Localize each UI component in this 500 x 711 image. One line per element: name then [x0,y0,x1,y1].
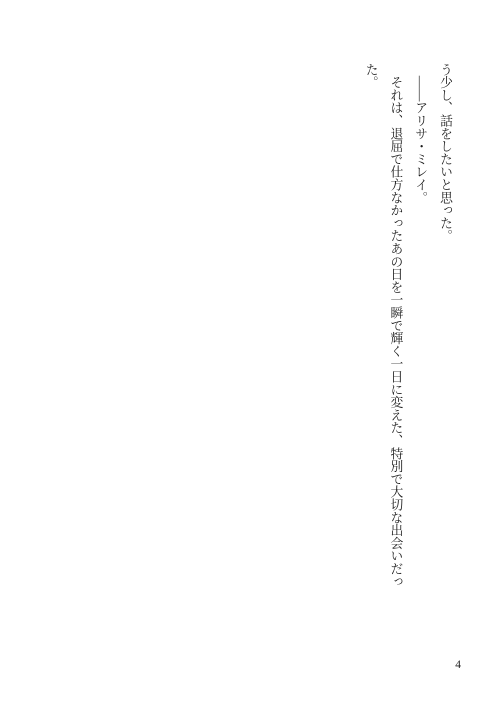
book-page: う少し、話をしたいと思った。 ――アリサ・ミレイ。 それは、退屈で仕方なかったあ… [0,0,500,711]
paragraph-attribution: ――アリサ・ミレイ。 [407,63,432,604]
body-text-block: う少し、話をしたいと思った。 ――アリサ・ミレイ。 それは、退屈で仕方なかったあ… [358,63,457,604]
paragraph-continuation: う少し、話をしたいと思った。 [432,63,457,604]
paragraph-body: それは、退屈で仕方なかったあの日を一瞬で輝く一日に変えた、特別で大切な出会いだっ… [358,63,408,604]
page-number: 4 [455,658,461,672]
